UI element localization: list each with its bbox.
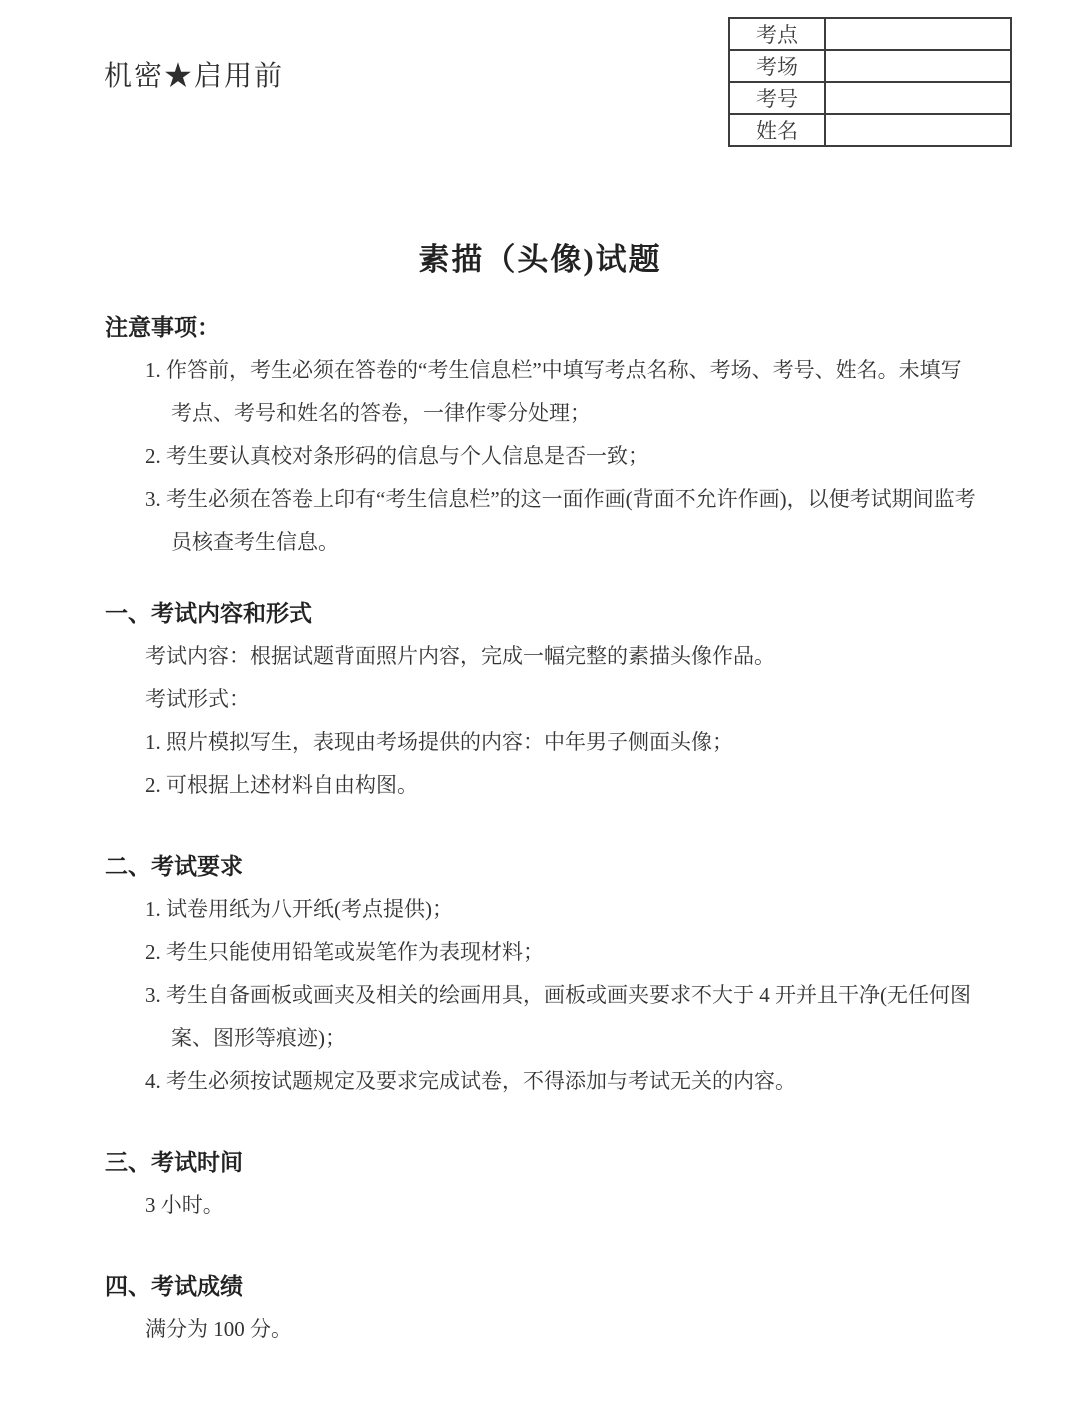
notice-item-1: 1. 作答前，考生必须在答卷的“考生信息栏”中填写考点名称、考场、考号、姓名。未…: [145, 349, 981, 435]
exam-number-label: 考号: [729, 82, 825, 114]
name-value-cell: [825, 114, 1011, 146]
section-exam-requirements: 二、考试要求 1. 试卷用纸为八开纸(考点提供)； 2. 考生只能使用铅笔或炭笔…: [0, 845, 1080, 1103]
page-title: 素描（头像)试题: [0, 240, 1080, 280]
section-exam-score: 四、考试成绩 满分为 100 分。: [0, 1265, 1080, 1351]
table-row-exam-number: 考号: [729, 82, 1011, 114]
exam-site-label: 考点: [729, 18, 825, 50]
exam-room-label: 考场: [729, 50, 825, 82]
exam-room-value-cell: [825, 50, 1011, 82]
notice-heading: 注意事项：: [105, 306, 1080, 349]
section-2-item-2: 2. 考生只能使用铅笔或炭笔作为表现材料；: [145, 931, 981, 974]
section-1-line-2: 考试形式：: [145, 678, 981, 721]
section-2-heading: 二、考试要求: [105, 845, 1080, 888]
notice-list: 1. 作答前，考生必须在答卷的“考生信息栏”中填写考点名称、考场、考号、姓名。未…: [145, 349, 981, 564]
section-3-list: 3 小时。: [145, 1184, 981, 1227]
candidate-info-table: 考点 考场 考号 姓名: [728, 17, 1012, 147]
section-2-item-4: 4. 考生必须按试题规定及要求完成试卷，不得添加与考试无关的内容。: [145, 1060, 981, 1103]
section-exam-duration: 三、考试时间 3 小时。: [0, 1141, 1080, 1227]
table-row-exam-room: 考场: [729, 50, 1011, 82]
section-2-list: 1. 试卷用纸为八开纸(考点提供)； 2. 考生只能使用铅笔或炭笔作为表现材料；…: [145, 888, 981, 1103]
notice-section: 注意事项： 1. 作答前，考生必须在答卷的“考生信息栏”中填写考点名称、考场、考…: [0, 306, 1080, 564]
section-1-item-1: 1. 照片模拟写生，表现由考场提供的内容：中年男子侧面头像；: [145, 721, 981, 764]
section-1-item-2: 2. 可根据上述材料自由构图。: [145, 764, 981, 807]
section-1-list: 考试内容：根据试题背面照片内容，完成一幅完整的素描头像作品。 考试形式： 1. …: [145, 635, 981, 807]
confidential-label: 机密★启用前: [104, 54, 284, 94]
section-4-line-1: 满分为 100 分。: [145, 1308, 981, 1351]
section-4-list: 满分为 100 分。: [145, 1308, 981, 1351]
section-1-line-1: 考试内容：根据试题背面照片内容，完成一幅完整的素描头像作品。: [145, 635, 981, 678]
table-row-exam-site: 考点: [729, 18, 1011, 50]
section-2-item-1: 1. 试卷用纸为八开纸(考点提供)；: [145, 888, 981, 931]
exam-site-value-cell: [825, 18, 1011, 50]
section-4-heading: 四、考试成绩: [105, 1265, 1080, 1308]
notice-item-2: 2. 考生要认真校对条形码的信息与个人信息是否一致；: [145, 435, 981, 478]
section-3-line-1: 3 小时。: [145, 1184, 981, 1227]
section-2-item-3: 3. 考生自备画板或画夹及相关的绘画用具，画板或画夹要求不大于 4 开并且干净(…: [145, 974, 981, 1060]
document-body: 素描（头像)试题 注意事项： 1. 作答前，考生必须在答卷的“考生信息栏”中填写…: [0, 240, 1080, 1351]
notice-item-3: 3. 考生必须在答卷上印有“考生信息栏”的这一面作画(背面不允许作画)，以便考试…: [145, 478, 981, 564]
name-label: 姓名: [729, 114, 825, 146]
exam-paper-page: 机密★启用前 考点 考场 考号 姓名 素描（头像)试题 注意事项：: [0, 0, 1080, 1427]
section-3-heading: 三、考试时间: [105, 1141, 1080, 1184]
table-row-name: 姓名: [729, 114, 1011, 146]
section-exam-content-and-form: 一、考试内容和形式 考试内容：根据试题背面照片内容，完成一幅完整的素描头像作品。…: [0, 592, 1080, 807]
exam-number-value-cell: [825, 82, 1011, 114]
section-1-heading: 一、考试内容和形式: [105, 592, 1080, 635]
